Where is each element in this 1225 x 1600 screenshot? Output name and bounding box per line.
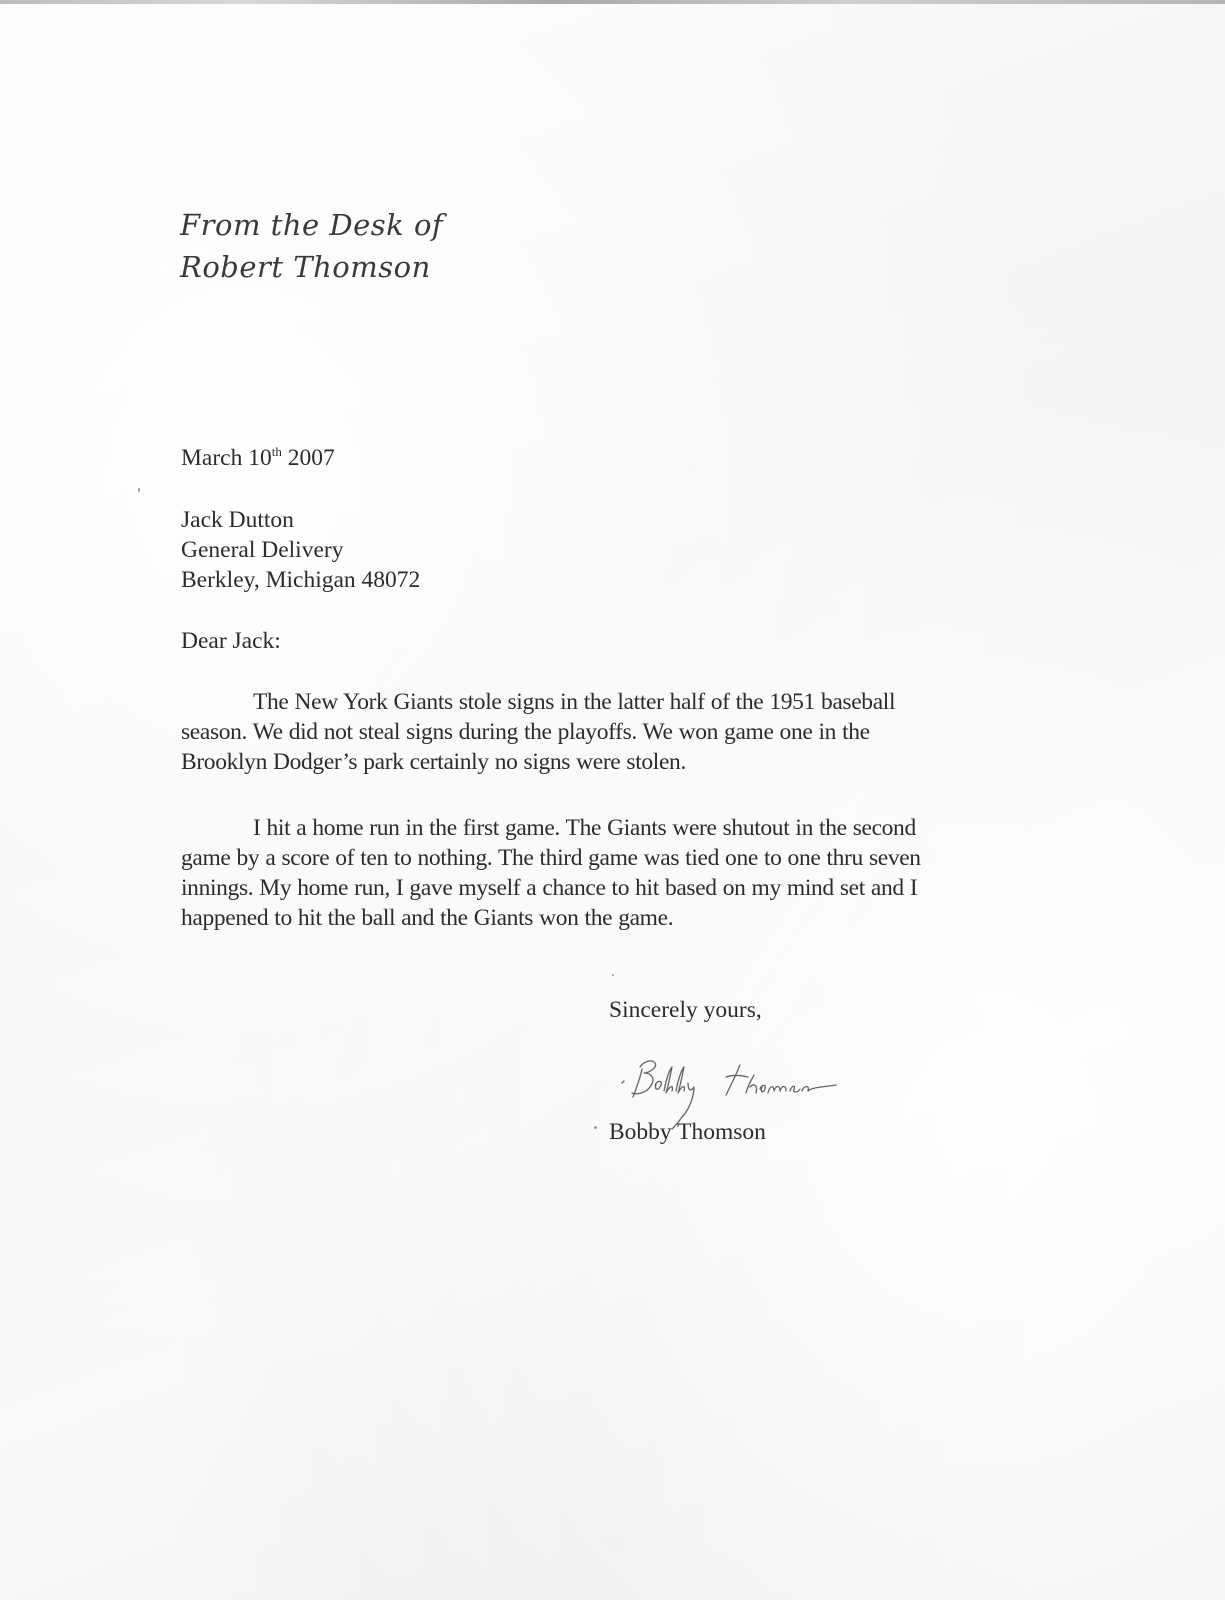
recipient-address: Jack Dutton General Delivery Berkley, Mi… — [181, 505, 420, 595]
signer-name: Bobby Thomson — [609, 1117, 766, 1147]
date-ordinal-suffix: th — [272, 444, 282, 459]
letterhead-line-1: From the Desk of — [180, 204, 443, 246]
paragraph-line: happened to hit the ball and the Giants … — [181, 903, 1041, 933]
paper-speck — [612, 974, 614, 976]
paragraph-line: The New York Giants stole signs in the l… — [181, 687, 1041, 717]
paragraph-line: I hit a home run in the first game. The … — [181, 813, 1041, 843]
recipient-city-state-zip: Berkley, Michigan 48072 — [181, 565, 420, 595]
date-month-day: March 10 — [181, 445, 272, 471]
paragraph-1: The New York Giants stole signs in the l… — [181, 687, 1041, 777]
paragraph-line: game by a score of ten to nothing. The t… — [181, 843, 1041, 873]
salutation: Dear Jack: — [181, 626, 281, 656]
paragraph-2: I hit a home run in the first game. The … — [181, 813, 1041, 933]
paper-speck — [594, 1126, 597, 1129]
letter-page: From the Desk of Robert Thomson March 10… — [0, 0, 1225, 1600]
paragraph-line: Brooklyn Dodger’s park certainly no sign… — [181, 747, 1041, 777]
date-year: 2007 — [288, 445, 335, 471]
paper-top-edge — [0, 0, 1225, 4]
paragraph-line: innings. My home run, I gave myself a ch… — [181, 873, 1041, 903]
letterhead: From the Desk of Robert Thomson — [180, 204, 443, 288]
recipient-street: General Delivery — [181, 535, 420, 565]
letterhead-line-2: Robert Thomson — [180, 246, 443, 288]
closing: Sincerely yours, — [609, 995, 762, 1025]
recipient-name: Jack Dutton — [181, 505, 420, 535]
paragraph-line: season. We did not steal signs during th… — [181, 717, 1041, 747]
paper-speck — [138, 488, 140, 492]
letter-date: March 10th 2007 — [181, 443, 335, 473]
